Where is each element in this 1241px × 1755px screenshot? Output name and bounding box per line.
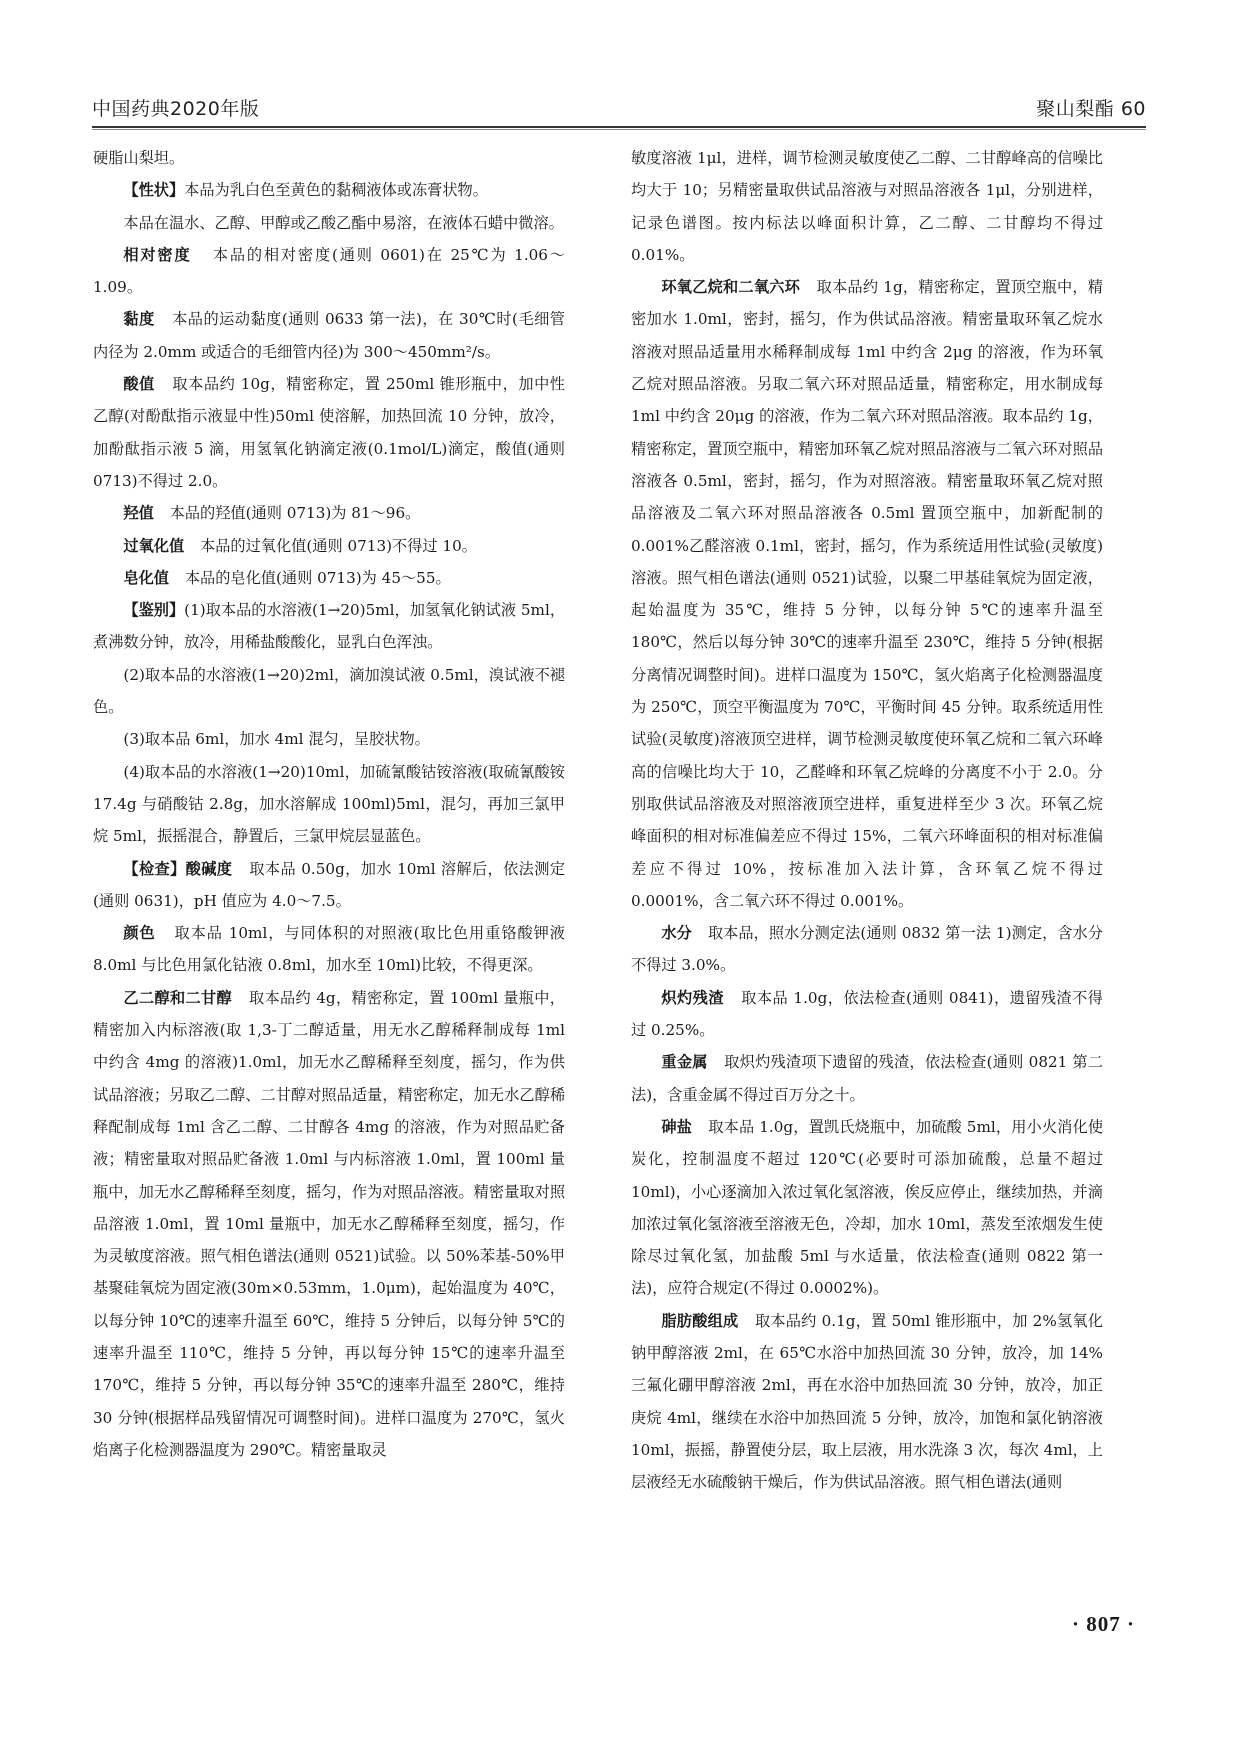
paragraph-text: (3)取本品 6ml，加水 4ml 混匀，呈胶状物。 [123, 730, 429, 748]
header-rule-thin [92, 129, 1146, 130]
paragraph: (4)取本品的水溶液(1→20)10ml，加硫氰酸钴铵溶液(取硫氰酸铵 17.4… [93, 756, 565, 853]
paragraph: 【性状】本品为乳白色至黄色的黏稠液体或冻膏状物。 [93, 174, 565, 206]
section-heading: 【性状】 [123, 181, 184, 199]
test-item-term: 炽灼残渣 [661, 989, 741, 1007]
test-item-term: 重金属 [661, 1053, 724, 1071]
section-paragraph: 酸值取本品约 10g，精密称定，置 250ml 锥形瓶中，加中性乙醇(对酚酞指示… [93, 368, 565, 497]
section-paragraph: 重金属取炽灼残渣项下遗留的残渣，依法检查(通则 0821 第二法)，含重金属不得… [631, 1046, 1103, 1111]
section-paragraph: 脂肪酸组成取本品约 0.1g，置 50ml 锥形瓶中，加 2%氢氧化钠甲醇溶液 … [631, 1305, 1103, 1499]
test-item-term: 相对密度 [123, 246, 212, 264]
paragraph: 【鉴别】(1)取本品的水溶液(1→20)5ml，加氢氧化钠试液 5ml，煮沸数分… [93, 594, 565, 659]
test-item-term: 羟值 [123, 504, 169, 522]
section-heading: 【检查】 [123, 860, 185, 878]
header-book-title: 中国药典2020年版 [92, 94, 259, 121]
paragraph-text: 敏度溶液 1μl，进样，调节检测灵敏度使乙二醇、二甘醇峰高的信噪比均大于 10；… [631, 149, 1103, 264]
paragraph-text: 本品为乳白色至黄色的黏稠液体或冻膏状物。 [184, 181, 488, 199]
section-paragraph: 颜色取本品 10ml，与同体积的对照液(取比色用重铬酸钾液 8.0ml 与比色用… [93, 917, 565, 982]
paragraph-text: 取本品 1.0g，置凯氏烧瓶中，加硫酸 5ml，用小火消化使炭化，控制温度不超过… [631, 1118, 1103, 1297]
test-item-term: 砷盐 [661, 1118, 708, 1136]
paragraph: 敏度溶液 1μl，进样，调节检测灵敏度使乙二醇、二甘醇峰高的信噪比均大于 10；… [631, 142, 1103, 271]
test-item-term: 酸值 [123, 375, 172, 393]
paragraph-text: 取本品约 4g，精密称定，置 100ml 量瓶中，精密加入内标溶液(取 1,3-… [93, 989, 565, 1459]
test-item-term: 酸碱度 [186, 860, 250, 878]
page-number: · 807 · [1015, 1612, 1135, 1637]
section-paragraph: 相对密度本品的相对密度(通则 0601)在 25℃为 1.06～1.09。 [93, 239, 565, 304]
paragraph-text: 硬脂山梨坦。 [93, 149, 184, 167]
paragraph-text: (4)取本品的水溶液(1→20)10ml，加硫氰酸钴铵溶液(取硫氰酸铵 17.4… [93, 763, 565, 846]
section-paragraph: 环氧乙烷和二氧六环取本品约 1g，精密称定，置顶空瓶中，精密加水 1.0ml，密… [631, 271, 1103, 917]
paragraph-text: 本品在温水、乙醇、甲醇或乙酸乙酯中易溶，在液体石蜡中微溶。 [123, 214, 563, 232]
paragraph-text: 本品的皂化值(通则 0713)为 45～55。 [185, 569, 451, 587]
paragraph: (2)取本品的水溶液(1→20)2ml，滴加溴试液 0.5ml，溴试液不褪色。 [93, 659, 565, 724]
test-item-term: 水分 [661, 924, 708, 942]
section-paragraph: 过氧化值本品的过氧化值(通则 0713)不得过 10。 [93, 530, 565, 562]
header-monograph-title: 聚山梨酯 60 [1036, 94, 1146, 121]
section-heading: 【鉴别】 [123, 601, 184, 619]
paragraph-text: 本品的羟值(通则 0713)为 81～96。 [170, 504, 421, 522]
section-paragraph: 砷盐取本品 1.0g，置凯氏烧瓶中，加硫酸 5ml，用小火消化使炭化，控制温度不… [631, 1111, 1103, 1305]
test-item-term: 过氧化值 [123, 537, 200, 555]
paragraph-text: 取本品约 1g，精密称定，置顶空瓶中，精密加水 1.0ml，密封，摇匀，作为供试… [631, 278, 1103, 910]
test-item-term: 乙二醇和二甘醇 [123, 989, 249, 1007]
section-paragraph: 水分取本品，照水分测定法(通则 0832 第一法 1)测定，含水分不得过 3.0… [631, 917, 1103, 982]
section-paragraph: 【检查】酸碱度取本品 0.50g，加水 10ml 溶解后，依法测定(通则 063… [93, 853, 565, 918]
section-paragraph: 皂化值本品的皂化值(通则 0713)为 45～55。 [93, 562, 565, 594]
paragraph-text: 取本品约 0.1g，置 50ml 锥形瓶中，加 2%氢氧化钠甲醇溶液 2ml，在… [631, 1312, 1103, 1491]
right-column: 敏度溶液 1μl，进样，调节检测灵敏度使乙二醇、二甘醇峰高的信噪比均大于 10；… [631, 142, 1103, 1498]
test-item-term: 皂化值 [123, 569, 184, 587]
running-header: 中国药典2020年版 聚山梨酯 60 [92, 85, 1146, 121]
paragraph-text: (2)取本品的水溶液(1→20)2ml，滴加溴试液 0.5ml，溴试液不褪色。 [93, 666, 565, 716]
test-item-term: 黏度 [123, 310, 172, 328]
paragraph: 硬脂山梨坦。 [93, 142, 565, 174]
left-column: 硬脂山梨坦。【性状】本品为乳白色至黄色的黏稠液体或冻膏状物。本品在温水、乙醇、甲… [93, 142, 565, 1466]
test-item-term: 脂肪酸组成 [661, 1312, 755, 1330]
paragraph: (3)取本品 6ml，加水 4ml 混匀，呈胶状物。 [93, 723, 565, 755]
test-item-term: 环氧乙烷和二氧六环 [661, 278, 816, 296]
section-paragraph: 乙二醇和二甘醇取本品约 4g，精密称定，置 100ml 量瓶中，精密加入内标溶液… [93, 982, 565, 1466]
section-paragraph: 羟值本品的羟值(通则 0713)为 81～96。 [93, 497, 565, 529]
header-rule [92, 126, 1146, 128]
paragraph-text: 本品的过氧化值(通则 0713)不得过 10。 [200, 537, 477, 555]
paragraph: 本品在温水、乙醇、甲醇或乙酸乙酯中易溶，在液体石蜡中微溶。 [93, 207, 565, 239]
section-paragraph: 黏度本品的运动黏度(通则 0633 第一法)，在 30℃时(毛细管内径为 2.0… [93, 303, 565, 368]
test-item-term: 颜色 [123, 924, 174, 942]
section-paragraph: 炽灼残渣取本品 1.0g，依法检查(通则 0841)，遗留残渣不得过 0.25%… [631, 982, 1103, 1047]
